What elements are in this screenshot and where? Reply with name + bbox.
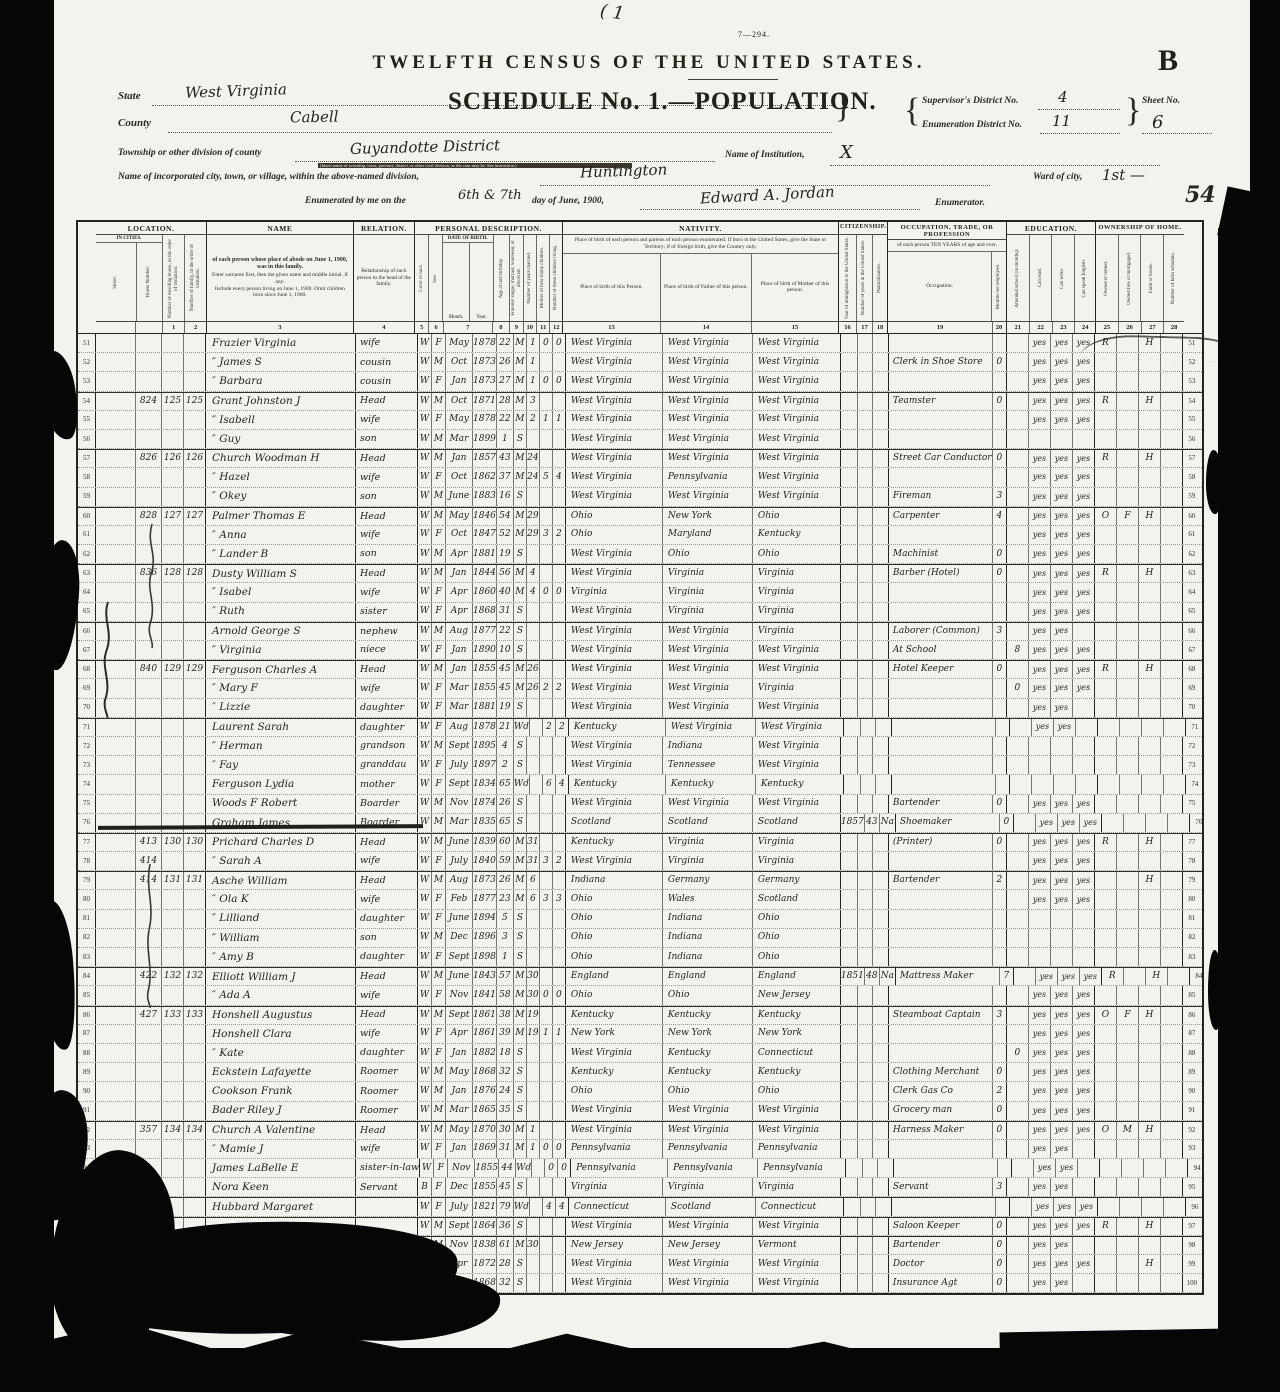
cell-st bbox=[96, 872, 136, 889]
cell-m: Wd bbox=[514, 1198, 530, 1215]
cell-age: 43 bbox=[497, 450, 514, 467]
cell-sch bbox=[1007, 1218, 1029, 1235]
cell-rd: yes bbox=[1029, 1255, 1051, 1273]
cell-own bbox=[1095, 411, 1117, 429]
cell-own: R bbox=[1095, 661, 1117, 678]
cell-mu bbox=[993, 679, 1007, 697]
cell-s: F bbox=[432, 334, 446, 352]
cell-bf: West Virginia bbox=[663, 699, 753, 717]
cell-im bbox=[841, 756, 858, 774]
cell-name: Prichard Charles D bbox=[206, 834, 356, 851]
cell-na bbox=[878, 1159, 894, 1177]
cell-fam: 128 bbox=[184, 565, 206, 582]
cell-sch bbox=[1007, 1102, 1029, 1120]
cell-bm: West Virginia bbox=[753, 1274, 841, 1292]
cell-occ: Barber (Hotel) bbox=[889, 565, 993, 582]
cell-sch bbox=[1007, 603, 1029, 621]
cell-sch bbox=[1007, 353, 1029, 371]
cell-ym: 6 bbox=[527, 890, 540, 908]
cell-ym: 31 bbox=[527, 834, 540, 851]
cell-ln: 82 bbox=[78, 929, 96, 947]
cell-bp: West Virginia bbox=[566, 545, 663, 563]
cell-sch bbox=[1007, 411, 1029, 429]
cell-s: M bbox=[432, 545, 446, 563]
cell-st bbox=[96, 411, 136, 429]
cell-bp: New York bbox=[566, 1025, 663, 1043]
cell-bm: West Virginia bbox=[753, 450, 841, 467]
ward-label: Ward of city, bbox=[1033, 172, 1082, 182]
cell-im bbox=[841, 737, 858, 755]
cell-rd: yes bbox=[1032, 1198, 1054, 1215]
cell-en: yes bbox=[1073, 795, 1095, 813]
cell-ym: 26 bbox=[527, 661, 540, 678]
cell-rd: yes bbox=[1029, 583, 1051, 601]
cell-sch: 0 bbox=[1007, 679, 1029, 697]
cell-mo: Aug bbox=[446, 623, 473, 640]
cell-fm bbox=[1117, 468, 1139, 486]
cell-yr: 1899 bbox=[473, 430, 497, 448]
cell-name: ″ Lizzie bbox=[206, 699, 356, 717]
cell-yr: 1896 bbox=[473, 929, 497, 947]
cell-name: ″ Herman bbox=[206, 737, 356, 755]
header-group-education: EDUCATION. Attended school (in months). … bbox=[1007, 222, 1096, 333]
cell-own bbox=[1095, 526, 1117, 544]
cell-mc bbox=[540, 488, 553, 506]
cell-m: S bbox=[514, 1102, 527, 1120]
cell-mo: Mar bbox=[446, 430, 473, 448]
cell-mu: 0 bbox=[993, 1122, 1007, 1139]
cell-en: yes bbox=[1073, 411, 1095, 429]
cell-ln: 79 bbox=[78, 872, 96, 889]
table-row: 88″ KatedaughterWFJan188218SWest Virgini… bbox=[78, 1044, 1202, 1063]
cell-ym bbox=[527, 1255, 540, 1273]
cell-fh bbox=[1139, 411, 1161, 429]
cell-st bbox=[96, 737, 136, 755]
cell-mc bbox=[540, 737, 553, 755]
cell-rd: yes bbox=[1029, 641, 1051, 659]
cell-fs bbox=[1161, 641, 1183, 659]
cell-fam: 129 bbox=[184, 661, 206, 678]
cell-cl bbox=[553, 1063, 566, 1081]
cell-fs bbox=[1168, 814, 1190, 832]
cell-ym: 24 bbox=[527, 468, 540, 486]
cell-sch bbox=[1007, 1007, 1029, 1024]
cell-c: W bbox=[418, 508, 432, 525]
cell-im bbox=[841, 1178, 858, 1196]
census-rows: 51Frazier VirginiawifeWFMay187822M100Wes… bbox=[78, 334, 1202, 1293]
cell-en: yes bbox=[1073, 852, 1095, 870]
cell-m: M bbox=[514, 372, 527, 390]
table-row: 72″ HermangrandsonWMSept18954SWest Virgi… bbox=[78, 737, 1202, 756]
cell-rn: 62 bbox=[1183, 545, 1201, 563]
cell-rel: grandson bbox=[356, 737, 418, 755]
cell-fh bbox=[1142, 1198, 1164, 1215]
cell-ym bbox=[527, 910, 540, 928]
cell-sch bbox=[1007, 872, 1029, 889]
cell-im bbox=[841, 1102, 858, 1120]
cell-yus bbox=[858, 603, 873, 621]
cell-ym bbox=[527, 929, 540, 947]
cell-hn bbox=[136, 334, 162, 352]
cell-na bbox=[873, 872, 889, 889]
cell-occ bbox=[892, 775, 996, 793]
cell-c: W bbox=[418, 775, 432, 793]
cell-age: 65 bbox=[497, 814, 514, 832]
cell-mu bbox=[993, 699, 1007, 717]
cell-mu bbox=[996, 775, 1010, 793]
cell-cl: 2 bbox=[553, 679, 566, 697]
cell-name: ″ Guy bbox=[206, 430, 356, 448]
cell-mo: Jan bbox=[446, 450, 473, 467]
cell-dw: 127 bbox=[162, 508, 184, 525]
cell-bf: West Virginia bbox=[663, 1122, 753, 1139]
cell-c: W bbox=[418, 1025, 432, 1043]
cell-c: W bbox=[418, 583, 432, 601]
cell-bm: Scotland bbox=[753, 890, 841, 908]
cell-na bbox=[873, 565, 889, 582]
cell-age: 45 bbox=[497, 1178, 514, 1196]
cell-ln: 88 bbox=[78, 1044, 96, 1062]
cell-dw bbox=[162, 623, 184, 640]
cell-im bbox=[841, 353, 858, 371]
cell-na bbox=[876, 775, 892, 793]
cell-dw bbox=[162, 699, 184, 717]
cell-name: Church Woodman H bbox=[206, 450, 356, 467]
cell-mo: May bbox=[446, 1063, 473, 1081]
cell-own bbox=[1095, 372, 1117, 390]
cell-fam bbox=[184, 756, 206, 774]
cell-own bbox=[1098, 719, 1120, 736]
cell-c: W bbox=[420, 1159, 434, 1177]
cell-im bbox=[841, 795, 858, 813]
cell-bf: New York bbox=[663, 1025, 753, 1043]
cell-ym bbox=[527, 1082, 540, 1100]
cell-rn: 100 bbox=[1183, 1274, 1201, 1292]
cell-s: F bbox=[432, 679, 446, 697]
cell-ln: 53 bbox=[78, 372, 96, 390]
cell-mo: Sept bbox=[446, 1007, 473, 1024]
table-row: 81″ LillianddaughterWFJune18945SOhioIndi… bbox=[78, 910, 1202, 929]
cell-st bbox=[96, 834, 136, 851]
cell-cl bbox=[553, 948, 566, 966]
cell-cl bbox=[553, 1082, 566, 1100]
cell-yr: 1870 bbox=[473, 1122, 497, 1139]
cell-ym bbox=[532, 1159, 545, 1177]
cell-age: 45 bbox=[497, 679, 514, 697]
institution-label: Name of Institution, bbox=[725, 150, 804, 160]
cell-wr: yes bbox=[1058, 968, 1080, 985]
cell-bm: Ohio bbox=[753, 545, 841, 563]
cell-rel: daughter bbox=[356, 1044, 418, 1062]
cell-m: M bbox=[514, 1122, 527, 1139]
cell-fam bbox=[184, 775, 206, 793]
cell-bm: Ohio bbox=[753, 508, 841, 525]
cell-fm bbox=[1117, 948, 1139, 966]
cell-fm bbox=[1117, 1237, 1139, 1254]
cell-fh bbox=[1139, 583, 1161, 601]
cell-dw: 126 bbox=[162, 450, 184, 467]
cell-fh: H bbox=[1139, 834, 1161, 851]
cell-bp: Ohio bbox=[566, 526, 663, 544]
cell-cl bbox=[553, 508, 566, 525]
cell-bm: West Virginia bbox=[753, 1255, 841, 1273]
children-living-col-label: Number of these children living. bbox=[553, 245, 559, 310]
cell-fs bbox=[1161, 1140, 1183, 1158]
cell-fs bbox=[1161, 372, 1183, 390]
cell-fam bbox=[184, 890, 206, 908]
table-row: 76Graham JamesBoarderWMMar183565SScotlan… bbox=[78, 814, 1202, 833]
cell-fs bbox=[1161, 430, 1183, 448]
cell-name: ″ James S bbox=[206, 353, 356, 371]
cell-yus bbox=[858, 756, 873, 774]
cell-yus bbox=[858, 565, 873, 582]
cell-mo: Mar bbox=[446, 679, 473, 697]
cell-rn: 58 bbox=[1183, 468, 1201, 486]
cell-m: M bbox=[514, 986, 527, 1004]
cell-dw bbox=[162, 890, 184, 908]
cell-fam: 127 bbox=[184, 508, 206, 525]
cell-bm: Virginia bbox=[753, 1178, 841, 1196]
cell-im bbox=[841, 661, 858, 678]
cell-bp: West Virginia bbox=[566, 737, 663, 755]
cell-yus bbox=[858, 623, 873, 640]
cell-yus bbox=[858, 508, 873, 525]
cell-st bbox=[96, 508, 136, 525]
cell-ym bbox=[527, 623, 540, 640]
cell-occ bbox=[889, 910, 993, 928]
cell-ym: 26 bbox=[527, 679, 540, 697]
cell-mc: 2 bbox=[540, 679, 553, 697]
cell-yr: 1840 bbox=[473, 852, 497, 870]
cell-ym: 24 bbox=[527, 450, 540, 467]
cell-mu bbox=[993, 986, 1007, 1004]
cell-im bbox=[841, 1140, 858, 1158]
table-row: 92357134134Church A ValentineHeadWMMay18… bbox=[78, 1121, 1202, 1140]
cell-occ bbox=[889, 929, 993, 947]
table-row: 93″ Mamie JwifeWFJan186931M100Pennsylvan… bbox=[78, 1140, 1202, 1159]
cell-s: M bbox=[432, 1102, 446, 1120]
cell-ln: 56 bbox=[78, 430, 96, 448]
cell-rel: Head bbox=[356, 450, 418, 467]
cell-st bbox=[96, 1063, 136, 1081]
cell-fh: H bbox=[1139, 508, 1161, 525]
cell-fam: 132 bbox=[184, 968, 206, 985]
cell-na bbox=[873, 1044, 889, 1062]
cell-mo: Mar bbox=[446, 1102, 473, 1120]
cell-fam bbox=[184, 641, 206, 659]
cell-rd: yes bbox=[1029, 450, 1051, 467]
cell-m: M bbox=[514, 450, 527, 467]
margin-handwriting-squiggle bbox=[144, 520, 160, 650]
table-row: 75Woods F RobertBoarderWMNov187426SWest … bbox=[78, 795, 1202, 814]
cell-bm: Virginia bbox=[753, 679, 841, 697]
cell-bf: Indiana bbox=[663, 910, 753, 928]
cell-c: W bbox=[418, 929, 432, 947]
cell-rn: 59 bbox=[1183, 488, 1201, 506]
cell-na bbox=[876, 1198, 892, 1215]
cell-fm bbox=[1117, 526, 1139, 544]
cell-fm bbox=[1117, 488, 1139, 506]
cell-fs bbox=[1161, 1218, 1183, 1235]
ink-blot-right-edge bbox=[1208, 950, 1222, 1030]
cell-own bbox=[1095, 1140, 1117, 1158]
cell-rn: 65 bbox=[1183, 603, 1201, 621]
cell-rn: 68 bbox=[1183, 661, 1201, 678]
cell-im bbox=[841, 372, 858, 390]
cell-bm: Ohio bbox=[753, 948, 841, 966]
cell-ln: 73 bbox=[78, 756, 96, 774]
cell-mu: 0 bbox=[993, 353, 1007, 371]
cell-rn: 67 bbox=[1183, 641, 1201, 659]
cell-fh bbox=[1139, 1178, 1161, 1196]
cell-en: yes bbox=[1073, 986, 1095, 1004]
cell-en: yes bbox=[1073, 641, 1095, 659]
cell-fs bbox=[1161, 699, 1183, 717]
cell-mc bbox=[540, 353, 553, 371]
cell-name: ″ Mamie J bbox=[206, 1140, 356, 1158]
cell-m: S bbox=[514, 948, 527, 966]
cell-yr: 1877 bbox=[473, 623, 497, 640]
cell-yus bbox=[858, 699, 873, 717]
cell-cl bbox=[553, 756, 566, 774]
cell-en bbox=[1073, 910, 1095, 928]
cell-mu: 4 bbox=[993, 508, 1007, 525]
cell-mo: June bbox=[446, 488, 473, 506]
cell-sch bbox=[1007, 430, 1029, 448]
cell-wr: yes bbox=[1051, 526, 1073, 544]
cell-wr bbox=[1051, 756, 1073, 774]
cell-en: yes bbox=[1073, 565, 1095, 582]
cell-m: Wd bbox=[514, 719, 530, 736]
cell-wr: yes bbox=[1051, 1102, 1073, 1120]
cell-own bbox=[1095, 488, 1117, 506]
cell-age: 60 bbox=[497, 834, 514, 851]
cell-rel: wife bbox=[356, 1140, 418, 1158]
cell-occ bbox=[892, 1198, 996, 1215]
cell-bp: West Virginia bbox=[566, 1255, 663, 1273]
cell-rel: Head bbox=[356, 1122, 418, 1139]
cell-own bbox=[1095, 545, 1117, 563]
cell-age: 79 bbox=[497, 1198, 514, 1215]
cell-c: W bbox=[418, 450, 432, 467]
cell-age: 32 bbox=[497, 1274, 514, 1292]
cell-ln: 80 bbox=[78, 890, 96, 908]
cell-im bbox=[841, 1237, 858, 1254]
cell-yr: 1821 bbox=[473, 1198, 497, 1215]
cell-mc bbox=[540, 393, 553, 410]
cell-na bbox=[873, 1102, 889, 1120]
cell-ym bbox=[527, 1063, 540, 1081]
cell-name: Ferguson Charles A bbox=[206, 661, 356, 678]
cell-fh bbox=[1139, 1102, 1161, 1120]
cell-rd: yes bbox=[1029, 872, 1051, 889]
cell-fam bbox=[184, 1140, 206, 1158]
cell-rn: 91 bbox=[1183, 1102, 1201, 1120]
cell-occ: Street Car Conductor bbox=[889, 450, 993, 467]
cell-bp: West Virginia bbox=[566, 450, 663, 467]
cell-s: M bbox=[432, 834, 446, 851]
cell-rel: wife bbox=[356, 852, 418, 870]
cell-s: M bbox=[432, 795, 446, 813]
cell-dw: 134 bbox=[162, 1122, 184, 1139]
cell-st bbox=[96, 1044, 136, 1062]
cell-fs bbox=[1161, 852, 1183, 870]
cell-yr: 1839 bbox=[473, 834, 497, 851]
table-row: 83″ Amy BdaughterWFSept18981SOhioIndiana… bbox=[78, 948, 1202, 967]
cell-age: 10 bbox=[497, 641, 514, 659]
cell-im bbox=[841, 986, 858, 1004]
cell-en: yes bbox=[1073, 508, 1095, 525]
cell-rd bbox=[1029, 929, 1051, 947]
cell-fm bbox=[1120, 775, 1142, 793]
cell-rd bbox=[1029, 948, 1051, 966]
cell-fam bbox=[184, 545, 206, 563]
cell-ym bbox=[527, 756, 540, 774]
cell-hn: 413 bbox=[136, 834, 162, 851]
cell-im bbox=[841, 1122, 858, 1139]
cell-dw: 128 bbox=[162, 565, 184, 582]
cell-dw bbox=[162, 372, 184, 390]
cell-na bbox=[873, 1025, 889, 1043]
cell-bf: Scotland bbox=[666, 1198, 756, 1215]
cell-rn: 55 bbox=[1183, 411, 1201, 429]
occupation-col-label: Occupation. bbox=[924, 281, 955, 292]
cell-fs bbox=[1161, 583, 1183, 601]
cell-own bbox=[1095, 430, 1117, 448]
cell-c: W bbox=[418, 910, 432, 928]
cell-age: 31 bbox=[497, 603, 514, 621]
table-row: 95Nora KeenServantBFDec185545SVirginiaVi… bbox=[78, 1178, 1202, 1197]
cell-wr: yes bbox=[1051, 372, 1073, 390]
cell-mc bbox=[540, 641, 553, 659]
cell-sch bbox=[1007, 526, 1029, 544]
cell-bm: Ohio bbox=[753, 1082, 841, 1100]
cell-dw bbox=[162, 775, 184, 793]
cell-hn bbox=[136, 719, 162, 736]
cell-fam bbox=[184, 430, 206, 448]
cell-st bbox=[96, 526, 136, 544]
cell-occ: Carpenter bbox=[889, 508, 993, 525]
sheet-value: 6 bbox=[1152, 112, 1163, 133]
cell-mo: Oct bbox=[446, 353, 473, 371]
cell-sch bbox=[1007, 737, 1029, 755]
cell-fam bbox=[184, 1063, 206, 1081]
cell-ln: 63 bbox=[78, 565, 96, 582]
cell-cl bbox=[553, 450, 566, 467]
cell-wr: yes bbox=[1051, 353, 1073, 371]
personal-title: PERSONAL DESCRIPTION. bbox=[415, 222, 562, 235]
cell-occ: Saloon Keeper bbox=[889, 1218, 993, 1235]
cell-age: 24 bbox=[497, 1082, 514, 1100]
cell-own bbox=[1095, 603, 1117, 621]
cell-mc: 0 bbox=[540, 372, 553, 390]
cell-rn: 89 bbox=[1183, 1063, 1201, 1081]
cell-bp: Ohio bbox=[566, 929, 663, 947]
cell-age: 54 bbox=[497, 508, 514, 525]
cell-s: F bbox=[432, 641, 446, 659]
header-group-relation: RELATION. Relationship of each person to… bbox=[354, 222, 415, 333]
cell-bf: West Virginia bbox=[663, 1102, 753, 1120]
township-value: Guyandotte District bbox=[350, 136, 500, 158]
cell-rd: yes bbox=[1029, 372, 1051, 390]
cell-name: Eckstein Lafayette bbox=[206, 1063, 356, 1081]
cell-bf: Pennsylvania bbox=[663, 468, 753, 486]
cell-s: F bbox=[432, 910, 446, 928]
cell-im bbox=[844, 775, 861, 793]
cell-bm: Virginia bbox=[753, 834, 841, 851]
cell-im bbox=[841, 545, 858, 563]
cell-yus bbox=[858, 834, 873, 851]
